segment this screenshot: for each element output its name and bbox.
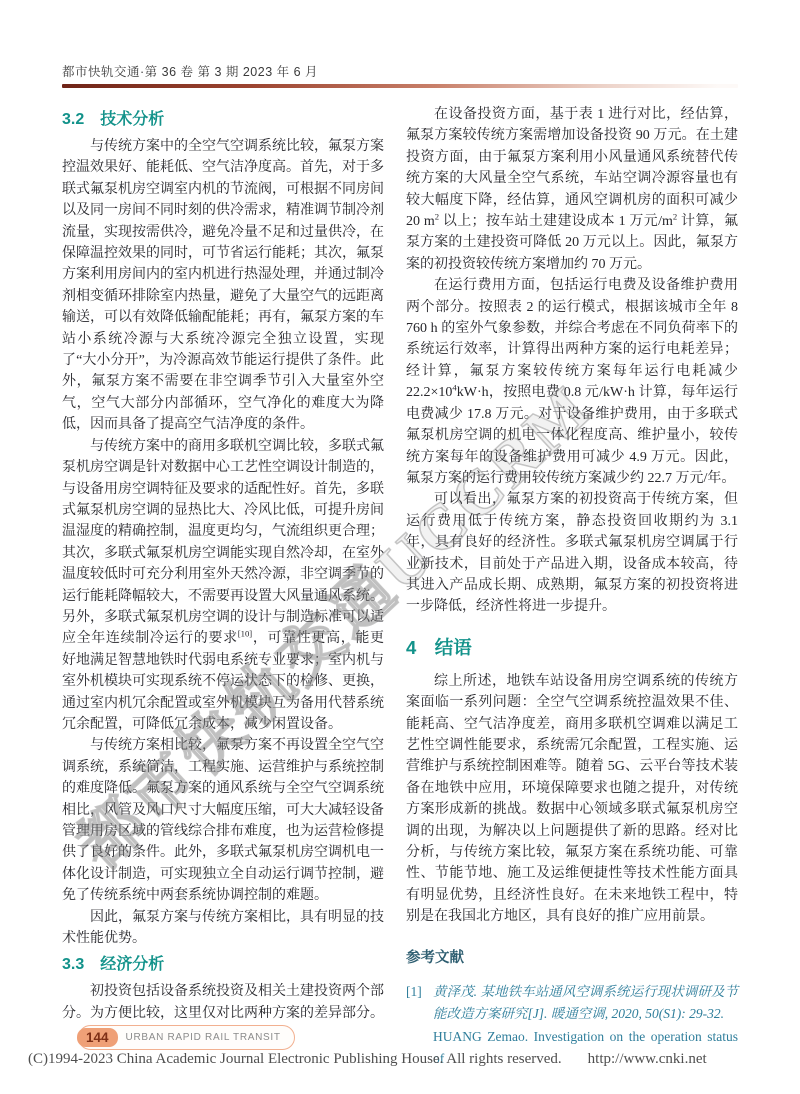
- text-run: kW·h，按照电费 0.8 元/kW·h 计算，每年运行电费减少 17.8 万元…: [406, 385, 738, 486]
- text-run: ，可靠性更高，能更好地满足智慧地铁时代弱电系统专业要求；室内机与室外机模块可实现…: [62, 631, 384, 732]
- header-rule: [62, 84, 738, 88]
- section-heading: 3.3 经济分析: [62, 951, 384, 974]
- text-run: 初投资包括设备系统投资及相关土建投资两个部分。为方便比较，这里仅对比两种方案的差…: [62, 984, 384, 1020]
- paragraph: 在设备投资方面，基于表 1 进行对比，经估算，氟泵方案较传统方案需增加设备投资 …: [406, 104, 738, 275]
- reference-chinese: 黄泽茂. 某地铁车站通风空调系统运行现状调研及节能改造方案研究[J]. 暖通空调…: [433, 984, 738, 1022]
- paragraph: 在运行费用方面，包括运行电费及设备维护费用两个部分。按照表 2 的运行模式，根据…: [406, 275, 738, 489]
- text-run: 与传统方案中的商用多联机空调比较，多联式氟泵机房空调是针对数据中心工艺性空调设计…: [62, 439, 384, 647]
- copyright-text: (C)1994-2023 China Academic Journal Elec…: [28, 1051, 562, 1067]
- text-run: 与传统方案相比较，氟泵方案不再设置全空气空调系统，系统简洁，工程实施、运营维护与…: [62, 738, 384, 903]
- article-body: 3.2 技术分析与传统方案中的全空气空调系统比较，氟泵方案控温效果好、能耗低、空…: [62, 104, 738, 1071]
- section-heading: 4 结语: [406, 634, 738, 660]
- paragraph: 初投资包括设备系统投资及相关土建投资两个部分。为方便比较，这里仅对比两种方案的差…: [62, 981, 384, 1024]
- journal-header: 都市快轨交通·第 36 卷 第 3 期 2023 年 6 月: [62, 62, 738, 80]
- copyright-line: (C)1994-2023 China Academic Journal Elec…: [28, 1051, 788, 1068]
- text-run: 综上所述，地铁车站设备用房空调系统的传统方案面临一系列问题：全空气空调系统控温效…: [406, 674, 738, 924]
- paragraph: 与传统方案中的商用多联机空调比较，多联式氟泵机房空调是针对数据中心工艺性空调设计…: [62, 436, 384, 736]
- text-run: 以上；按车站土建建设成本 1 万元/m: [439, 214, 673, 229]
- page-number-badge: 144 URBAN RAPID RAIL TRANSIT: [78, 1025, 295, 1050]
- paragraph: 因此，氟泵方案与传统方案相比，具有明显的技术性能优势。: [62, 907, 384, 950]
- reference-number: [1]: [406, 981, 422, 1004]
- paragraph: 可以看出，氟泵方案的初投资高于传统方案，但运行费用低于传统方案，静态投资回收期约…: [406, 489, 738, 617]
- paragraph: 与传统方案中的全空气空调系统比较，氟泵方案控温效果好、能耗低、空气洁净度高。首先…: [62, 136, 384, 436]
- section-heading: 3.2 技术分析: [62, 106, 384, 129]
- journal-page: 都市快轨交通·第 36 卷 第 3 期 2023 年 6 月 3.2 技术分析与…: [0, 0, 800, 1094]
- text-run: 在设备投资方面，基于表 1 进行对比，经估算，氟泵方案较传统方案需增加设备投资 …: [406, 107, 738, 229]
- superscript: [10]: [238, 629, 252, 639]
- text-run: 可以看出，氟泵方案的初投资高于传统方案，但运行费用低于传统方案，静态投资回收期约…: [406, 492, 738, 614]
- page-number: 144: [77, 1028, 118, 1047]
- paragraph: 综上所述，地铁车站设备用房空调系统的传统方案面临一系列问题：全空气空调系统控温效…: [406, 671, 738, 928]
- text-run: 因此，氟泵方案与传统方案相比，具有明显的技术性能优势。: [62, 910, 384, 946]
- references-heading: 参考文献: [406, 946, 738, 967]
- journal-english-name: URBAN RAPID RAIL TRANSIT: [126, 1032, 281, 1043]
- text-run: 与传统方案中的全空气空调系统比较，氟泵方案控温效果好、能耗低、空气洁净度高。首先…: [62, 139, 384, 432]
- paragraph: 与传统方案相比较，氟泵方案不再设置全空气空调系统，系统简洁，工程实施、运营维护与…: [62, 735, 384, 906]
- cnki-url: http://www.cnki.net: [588, 1051, 707, 1067]
- left-column: 3.2 技术分析与传统方案中的全空气空调系统比较，氟泵方案控温效果好、能耗低、空…: [62, 104, 384, 1024]
- right-column: 在设备投资方面，基于表 1 进行对比，经估算，氟泵方案较传统方案需增加设备投资 …: [406, 104, 738, 1071]
